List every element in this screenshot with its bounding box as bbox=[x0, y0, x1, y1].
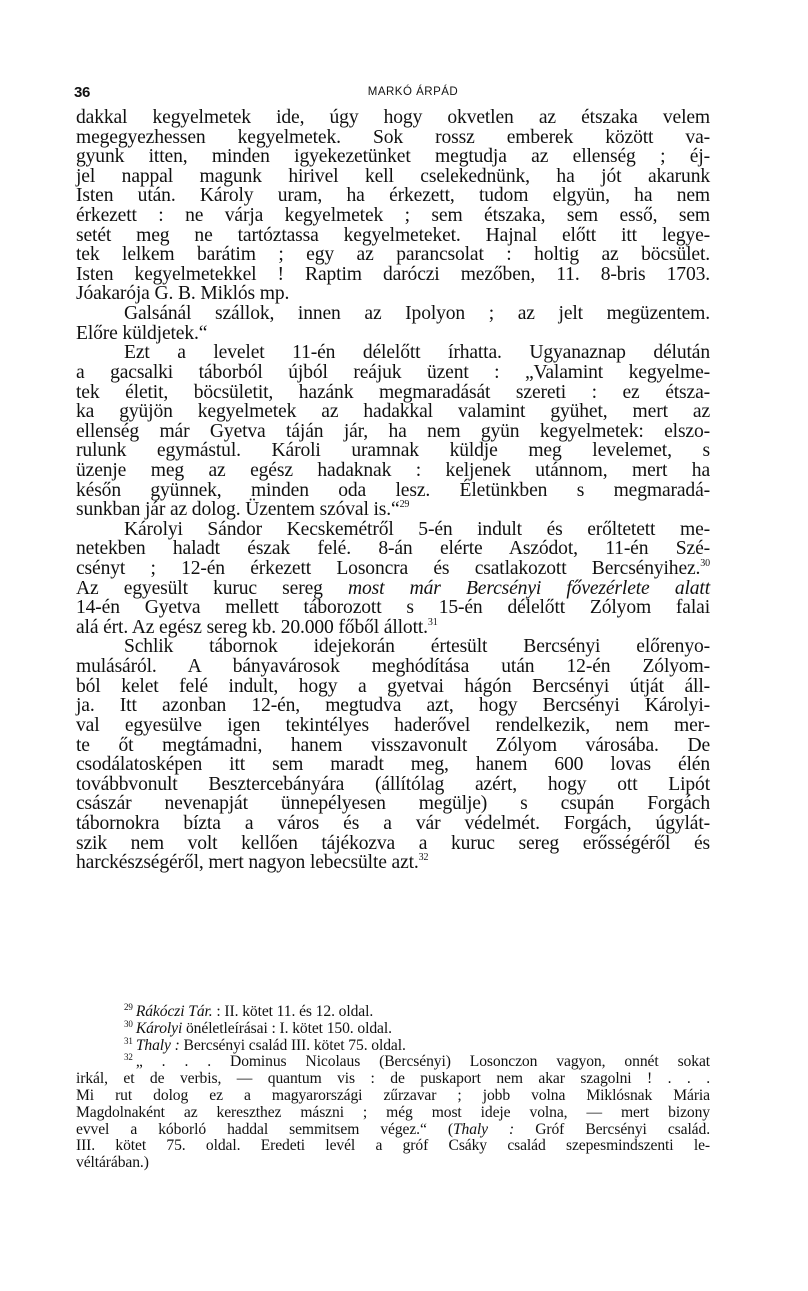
body-line-text: Ezt a levelet 11-én délelőtt írhatta. Ug… bbox=[124, 342, 710, 363]
footnote-line: Magdolnaként az kereszthez mászni ; még … bbox=[76, 1105, 710, 1122]
body-line-text: Az egyesült kuruc sereg bbox=[76, 578, 348, 599]
body-line: dakkal kegyelmetek ide, úgy hogy okvetle… bbox=[76, 108, 710, 128]
footnote-number: 29 bbox=[124, 1002, 133, 1012]
body-line-text: jel nappal magunk hirivel kell cselekedn… bbox=[76, 166, 710, 187]
footnote-ref: 30 bbox=[700, 558, 710, 569]
body-line: 14-én Gyetva mellett táborozott s 15-én … bbox=[76, 598, 710, 618]
body-line-text: 14-én Gyetva mellett táborozott s 15-én … bbox=[76, 597, 710, 618]
footnote-line: 31Thaly : Bercsényi család III. kötet 75… bbox=[76, 1038, 710, 1055]
body-line-text: Károlyi Sándor Kecskemétről 5-én indult … bbox=[124, 519, 710, 540]
body-line: Ezt a levelet 11-én délelőtt írhatta. Ug… bbox=[76, 343, 710, 363]
body-line: val egyesülve igen tekintélyes haderővel… bbox=[76, 716, 710, 736]
body-line: tek lelkem barátim ; egy az parancsolat … bbox=[76, 245, 710, 265]
footnote-ref: 29 bbox=[400, 499, 410, 510]
body-line-text: érkezett : ne várja kegyelmetek ; sem ét… bbox=[76, 205, 710, 226]
body-line: Schlik tábornok idejekorán értesült Berc… bbox=[76, 637, 710, 657]
body-line-text: továbbvonult Besztercebányára (állítólag… bbox=[76, 774, 710, 795]
footnote-text: evvel a kóborló haddal semmitsem végez.“… bbox=[76, 1121, 453, 1138]
body-line-text: Jóakarója G. B. Miklós mp. bbox=[76, 283, 289, 304]
footnote-text: önéletleírásai : I. kötet 150. oldal. bbox=[182, 1020, 392, 1037]
body-line-text: tek életit, böcsületit, hazánk megmaradá… bbox=[76, 382, 710, 403]
body-line-text: rulunk egymástul. Károli uramnak küldje … bbox=[76, 440, 710, 461]
body-line: tek életit, böcsületit, hazánk megmaradá… bbox=[76, 383, 710, 403]
body-line: alá ért. Az egész sereg kb. 20.000 főből… bbox=[76, 618, 710, 638]
body-line: gyunk itten, minden igyekezetünket megtu… bbox=[76, 147, 710, 167]
body-line: Isten kegyelmetekkel ! Raptim daróczi me… bbox=[76, 265, 710, 285]
body-line: érkezett : ne várja kegyelmetek ; sem ét… bbox=[76, 206, 710, 226]
footnote-source-title: Károlyi bbox=[136, 1020, 182, 1037]
body-line-text: ból kelet felé indult, hogy a gyetvai há… bbox=[76, 676, 710, 697]
body-line-italic: most már Bercsényi fővezérlete alatt bbox=[348, 578, 710, 599]
footnote-text: véltárában.) bbox=[76, 1154, 149, 1171]
body-line: setét meg ne tartóztassa kegyelmeteket. … bbox=[76, 226, 710, 246]
footnotes: 29Rákóczi Tár. : II. kötet 11. és 12. ol… bbox=[76, 1004, 710, 1172]
body-line-text: mulásáról. A bányavárosok meghódítása ut… bbox=[76, 656, 710, 677]
footnote-ref: 32 bbox=[419, 852, 429, 863]
body-line-text: netekben haladt észak felé. 8-án elérte … bbox=[76, 538, 710, 559]
footnote-line: véltárában.) bbox=[76, 1155, 710, 1172]
body-line: sunkban jár az dolog. Üzentem szóval is.… bbox=[76, 500, 710, 520]
body-text: dakkal kegyelmetek ide, úgy hogy okvetle… bbox=[76, 108, 710, 873]
body-line: a gacsalki táborból újból reájuk üzent :… bbox=[76, 363, 710, 383]
footnote-text: „ . . . Dominus Nicolaus (Bercsényi) Los… bbox=[136, 1053, 710, 1070]
body-line: rulunk egymástul. Károli uramnak küldje … bbox=[76, 441, 710, 461]
body-line-text: későn gyünnek, minden oda lesz. Életünkb… bbox=[76, 480, 710, 501]
body-line-text: tábornokra bízta a város és a vár védelm… bbox=[76, 813, 710, 834]
body-line-text: setét meg ne tartóztassa kegyelmeteket. … bbox=[76, 225, 710, 246]
body-line-text: császár nevenapját ünnepélyesen megülje)… bbox=[76, 793, 710, 814]
body-line-text: szik nem volt kellően tájékozva a kuruc … bbox=[76, 833, 710, 854]
footnote-text: : II. kötet 11. és 12. oldal. bbox=[213, 1003, 374, 1020]
body-line-text: tek lelkem barátim ; egy az parancsolat … bbox=[76, 244, 710, 265]
body-line: későn gyünnek, minden oda lesz. Életünkb… bbox=[76, 481, 710, 501]
body-line: ellenség már Gyetva táján jár, ha nem gy… bbox=[76, 422, 710, 442]
body-line: Jóakarója G. B. Miklós mp. bbox=[76, 284, 710, 304]
body-line-text: csényt ; 12-én érkezett Losoncra és csat… bbox=[76, 558, 700, 579]
footnote-text: irkál, et de verbis, — quantum vis : de … bbox=[76, 1070, 710, 1087]
footnote-text: Gróf Bercsényi család. bbox=[514, 1121, 710, 1138]
body-line: ja. Itt azonban 12-én, megtudva azt, hog… bbox=[76, 696, 710, 716]
body-line-text: üzenje meg az egész hadaknak : keljenek … bbox=[76, 460, 710, 481]
footnote-source-title: Thaly : bbox=[453, 1121, 514, 1138]
footnote-line: evvel a kóborló haddal semmitsem végez.“… bbox=[76, 1122, 710, 1139]
body-line-text: sunkban jár az dolog. Üzentem szóval is.… bbox=[76, 499, 400, 520]
body-line: szik nem volt kellően tájékozva a kuruc … bbox=[76, 834, 710, 854]
body-line: továbbvonult Besztercebányára (állítólag… bbox=[76, 775, 710, 795]
body-line-text: gyunk itten, minden igyekezetünket megtu… bbox=[76, 146, 710, 167]
footnote-text: Magdolnaként az kereszthez mászni ; még … bbox=[76, 1104, 710, 1121]
body-line: te őt megtámadni, hanem visszavonult Zól… bbox=[76, 736, 710, 756]
body-line-text: Galsánál szállok, innen az Ipolyon ; az … bbox=[124, 303, 710, 324]
body-line: harckészségéről, mert nagyon lebecsülte … bbox=[76, 853, 710, 873]
footnote-ref: 31 bbox=[428, 617, 438, 628]
body-line: Károlyi Sándor Kecskemétről 5-én indult … bbox=[76, 520, 710, 540]
body-line-text: megegyezhessen kegyelmetek. Sok rossz em… bbox=[76, 127, 710, 148]
body-line: császár nevenapját ünnepélyesen megülje)… bbox=[76, 794, 710, 814]
body-line: csényt ; 12-én érkezett Losoncra és csat… bbox=[76, 559, 710, 579]
body-line: Isten után. Károly uram, ha érkezett, tu… bbox=[76, 186, 710, 206]
body-line: ból kelet felé indult, hogy a gyetvai há… bbox=[76, 677, 710, 697]
body-line: Az egyesült kuruc sereg most már Bercsén… bbox=[76, 579, 710, 599]
body-line: jel nappal magunk hirivel kell cselekedn… bbox=[76, 167, 710, 187]
body-line: ka gyüjön kegyelmetek az hadakkal valami… bbox=[76, 402, 710, 422]
footnote-line: 29Rákóczi Tár. : II. kötet 11. és 12. ol… bbox=[76, 1004, 710, 1021]
running-head: MARKÓ ÁRPÁD bbox=[0, 86, 808, 98]
footnote-source-title: Rákóczi Tár. bbox=[136, 1003, 213, 1020]
body-line: megegyezhessen kegyelmetek. Sok rossz em… bbox=[76, 128, 710, 148]
footnote-line: 30Károlyi önéletleírásai : I. kötet 150.… bbox=[76, 1021, 710, 1038]
body-line-text: val egyesülve igen tekintélyes haderővel… bbox=[76, 715, 710, 736]
body-line: tábornokra bízta a város és a vár védelm… bbox=[76, 814, 710, 834]
footnote-text: Mi rut dolog ez a magyarországi zűrzavar… bbox=[76, 1087, 710, 1104]
body-line-text: te őt megtámadni, hanem visszavonult Zól… bbox=[76, 735, 710, 756]
body-line-text: ka gyüjön kegyelmetek az hadakkal valami… bbox=[76, 401, 710, 422]
body-line: csodálatosképen itt sem maradt meg, hane… bbox=[76, 755, 710, 775]
body-line-text: Isten után. Károly uram, ha érkezett, tu… bbox=[76, 185, 710, 206]
body-line-text: Schlik tábornok idejekorán értesült Berc… bbox=[124, 636, 710, 657]
body-line: Előre küldjetek.“ bbox=[76, 324, 710, 344]
footnote-line: 32„ . . . Dominus Nicolaus (Bercsényi) L… bbox=[76, 1054, 710, 1071]
footnote-number: 30 bbox=[124, 1019, 133, 1029]
footnote-line: irkál, et de verbis, — quantum vis : de … bbox=[76, 1071, 710, 1088]
footnote-number: 31 bbox=[124, 1036, 133, 1046]
footnote-line: III. kötet 75. oldal. Eredeti levél a gr… bbox=[76, 1138, 710, 1155]
body-line-text: Előre küldjetek.“ bbox=[76, 323, 207, 344]
body-line-text: csodálatosképen itt sem maradt meg, hane… bbox=[76, 754, 710, 775]
footnote-line: Mi rut dolog ez a magyarországi zűrzavar… bbox=[76, 1088, 710, 1105]
footnote-number: 32 bbox=[124, 1052, 133, 1062]
body-line: netekben haladt észak felé. 8-án elérte … bbox=[76, 539, 710, 559]
body-line-text: alá ért. Az egész sereg kb. 20.000 főből… bbox=[76, 617, 428, 638]
body-line-text: a gacsalki táborból újból reájuk üzent :… bbox=[76, 362, 710, 383]
footnote-source-title: Thaly : bbox=[136, 1037, 180, 1054]
footnote-text: Bercsényi család III. kötet 75. oldal. bbox=[180, 1037, 406, 1054]
body-line: üzenje meg az egész hadaknak : keljenek … bbox=[76, 461, 710, 481]
body-line-text: harckészségéről, mert nagyon lebecsülte … bbox=[76, 852, 419, 873]
body-line-text: Isten kegyelmetekkel ! Raptim daróczi me… bbox=[76, 264, 710, 285]
body-line-text: ellenség már Gyetva táján jár, ha nem gy… bbox=[76, 421, 710, 442]
body-line-text: dakkal kegyelmetek ide, úgy hogy okvetle… bbox=[76, 107, 710, 128]
footnote-text: III. kötet 75. oldal. Eredeti levél a gr… bbox=[76, 1137, 710, 1154]
body-line: Galsánál szállok, innen az Ipolyon ; az … bbox=[76, 304, 710, 324]
body-line: mulásáról. A bányavárosok meghódítása ut… bbox=[76, 657, 710, 677]
body-line-text: ja. Itt azonban 12-én, megtudva azt, hog… bbox=[76, 695, 710, 716]
